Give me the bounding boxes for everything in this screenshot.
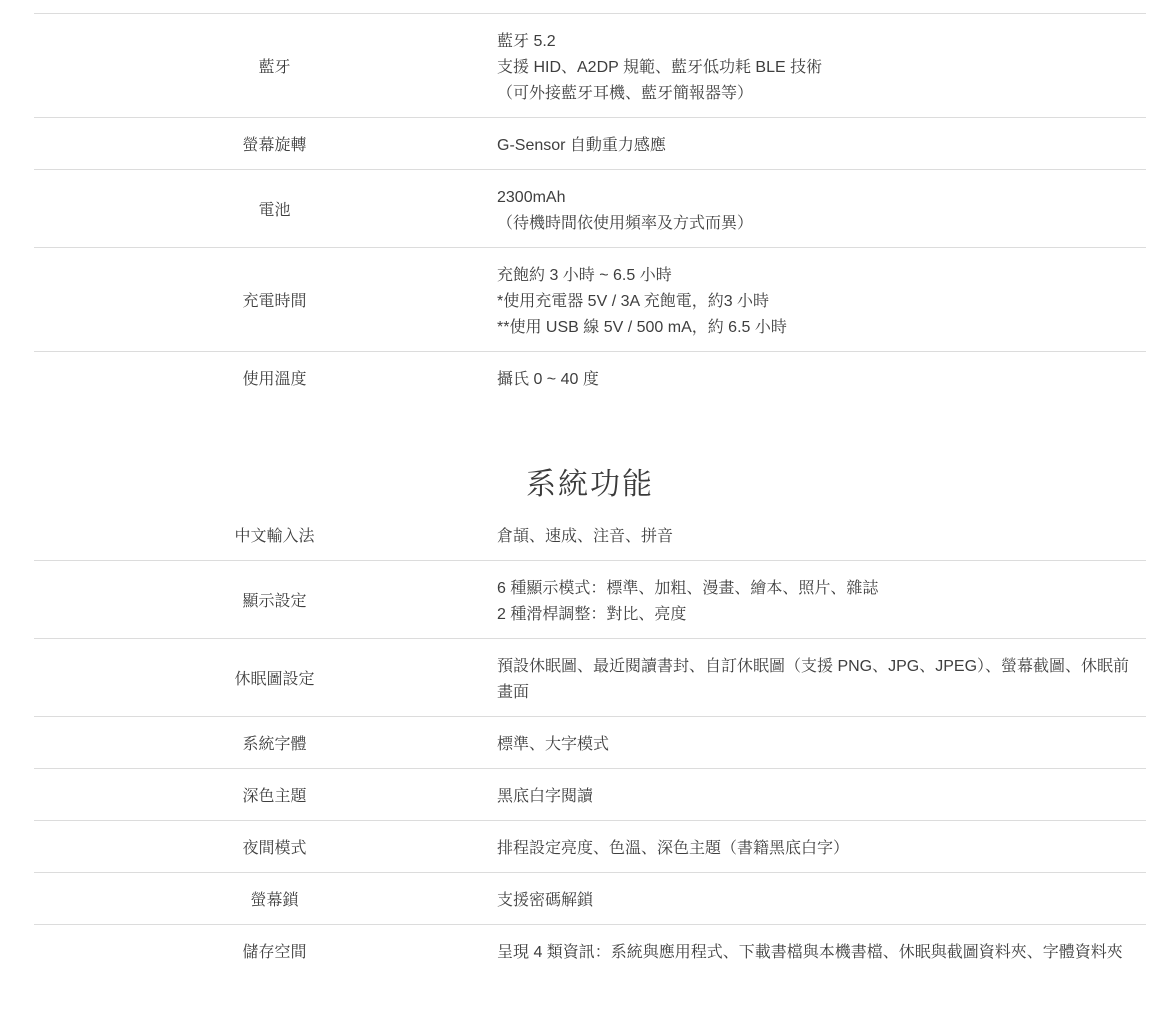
spec-value-dark-theme: 黑底白字閱讀: [497, 784, 1146, 810]
spec-row-screen-rotation: 螢幕旋轉 G-Sensor 自動重力感應: [34, 118, 1146, 170]
spec-row-storage-space: 儲存空間 呈現 4 類資訊：系統與應用程式、下載書檔與本機書檔、休眠與截圖資料夾…: [34, 925, 1146, 976]
spec-label-operating-temperature: 使用溫度: [34, 367, 497, 393]
spec-label-battery: 電池: [34, 185, 497, 237]
spec-label-charging-time: 充電時間: [34, 263, 497, 341]
spec-label-system-font: 系統字體: [34, 732, 497, 758]
spec-label-bluetooth: 藍牙: [34, 29, 497, 107]
spec-value-line: 支援 HID、A2DP 規範、藍牙低功耗 BLE 技術: [497, 55, 1138, 81]
section-title-system-features: 系統功能: [34, 467, 1146, 503]
spec-value-sleep-image-settings: 預設休眠圖、最近閱讀書封、自訂休眠圖（支援 PNG、JPG、JPEG）、螢幕截圖…: [497, 654, 1146, 706]
spec-label-screen-lock: 螢幕鎖: [34, 888, 497, 914]
spec-value-line: 呈現 4 類資訊：系統與應用程式、下載書檔與本機書檔、休眠與截圖資料夾、字體資料…: [497, 940, 1138, 966]
spec-table-hardware: 藍牙 藍牙 5.2 支援 HID、A2DP 規範、藍牙低功耗 BLE 技術 （可…: [34, 13, 1146, 403]
spec-row-dark-theme: 深色主題 黑底白字閱讀: [34, 769, 1146, 821]
spec-value-line: G-Sensor 自動重力感應: [497, 133, 1138, 159]
spec-label-dark-theme: 深色主題: [34, 784, 497, 810]
spec-label-storage-space: 儲存空間: [34, 940, 497, 966]
spec-label-screen-rotation: 螢幕旋轉: [34, 133, 497, 159]
spec-value-line: 標準、大字模式: [497, 732, 1138, 758]
spec-value-screen-rotation: G-Sensor 自動重力感應: [497, 133, 1146, 159]
spec-page: 藍牙 藍牙 5.2 支援 HID、A2DP 規範、藍牙低功耗 BLE 技術 （可…: [34, 13, 1146, 976]
spec-value-line: 支援密碼解鎖: [497, 888, 1138, 914]
spec-value-night-mode: 排程設定亮度、色溫、深色主題（書籍黑底白字）: [497, 836, 1146, 862]
spec-row-charging-time: 充電時間 充飽約 3 小時 ~ 6.5 小時 *使用充電器 5V / 3A 充飽…: [34, 248, 1146, 352]
spec-value-line: （待機時間依使用頻率及方式而異）: [497, 211, 1138, 237]
spec-row-operating-temperature: 使用溫度 攝氏 0 ~ 40 度: [34, 352, 1146, 403]
spec-row-screen-lock: 螢幕鎖 支援密碼解鎖: [34, 873, 1146, 925]
spec-value-display-settings: 6 種顯示模式：標準、加粗、漫畫、繪本、照片、雜誌 2 種滑桿調整：對比、亮度: [497, 576, 1146, 628]
spec-value-line: 排程設定亮度、色溫、深色主題（書籍黑底白字）: [497, 836, 1138, 862]
spec-value-line: 2300mAh: [497, 185, 1138, 211]
spec-row-sleep-image-settings: 休眠圖設定 預設休眠圖、最近閱讀書封、自訂休眠圖（支援 PNG、JPG、JPEG…: [34, 639, 1146, 717]
spec-value-storage-space: 呈現 4 類資訊：系統與應用程式、下載書檔與本機書檔、休眠與截圖資料夾、字體資料…: [497, 940, 1146, 966]
spec-row-chinese-input: 中文輸入法 倉頡、速成、注音、拼音: [34, 509, 1146, 561]
spec-value-line: 藍牙 5.2: [497, 29, 1138, 55]
spec-value-line: 6 種顯示模式：標準、加粗、漫畫、繪本、照片、雜誌: [497, 576, 1138, 602]
spec-row-display-settings: 顯示設定 6 種顯示模式：標準、加粗、漫畫、繪本、照片、雜誌 2 種滑桿調整：對…: [34, 561, 1146, 639]
spec-label-display-settings: 顯示設定: [34, 576, 497, 628]
spec-value-line: 充飽約 3 小時 ~ 6.5 小時: [497, 263, 1138, 289]
spec-row-battery: 電池 2300mAh （待機時間依使用頻率及方式而異）: [34, 170, 1146, 248]
spec-value-battery: 2300mAh （待機時間依使用頻率及方式而異）: [497, 185, 1146, 237]
spec-row-bluetooth: 藍牙 藍牙 5.2 支援 HID、A2DP 規範、藍牙低功耗 BLE 技術 （可…: [34, 14, 1146, 118]
spec-table-system-features: 中文輸入法 倉頡、速成、注音、拼音 顯示設定 6 種顯示模式：標準、加粗、漫畫、…: [34, 509, 1146, 976]
spec-value-charging-time: 充飽約 3 小時 ~ 6.5 小時 *使用充電器 5V / 3A 充飽電，約3 …: [497, 263, 1146, 341]
spec-value-line: （可外接藍牙耳機、藍牙簡報器等）: [497, 81, 1138, 107]
spec-value-line: *使用充電器 5V / 3A 充飽電，約3 小時: [497, 289, 1138, 315]
spec-value-line: **使用 USB 線 5V / 500 mA，約 6.5 小時: [497, 315, 1138, 341]
spec-value-line: 預設休眠圖、最近閱讀書封、自訂休眠圖（支援 PNG、JPG、JPEG）、螢幕截圖…: [497, 654, 1138, 706]
spec-value-screen-lock: 支援密碼解鎖: [497, 888, 1146, 914]
spec-label-chinese-input: 中文輸入法: [34, 524, 497, 550]
spec-value-line: 黑底白字閱讀: [497, 784, 1138, 810]
spec-row-system-font: 系統字體 標準、大字模式: [34, 717, 1146, 769]
spec-label-sleep-image-settings: 休眠圖設定: [34, 654, 497, 706]
spec-value-operating-temperature: 攝氏 0 ~ 40 度: [497, 367, 1146, 393]
spec-value-system-font: 標準、大字模式: [497, 732, 1146, 758]
spec-value-line: 攝氏 0 ~ 40 度: [497, 367, 1138, 393]
spec-value-line: 倉頡、速成、注音、拼音: [497, 524, 1138, 550]
spec-label-night-mode: 夜間模式: [34, 836, 497, 862]
spec-value-bluetooth: 藍牙 5.2 支援 HID、A2DP 規範、藍牙低功耗 BLE 技術 （可外接藍…: [497, 29, 1146, 107]
spec-row-night-mode: 夜間模式 排程設定亮度、色溫、深色主題（書籍黑底白字）: [34, 821, 1146, 873]
spec-value-chinese-input: 倉頡、速成、注音、拼音: [497, 524, 1146, 550]
spec-value-line: 2 種滑桿調整：對比、亮度: [497, 602, 1138, 628]
